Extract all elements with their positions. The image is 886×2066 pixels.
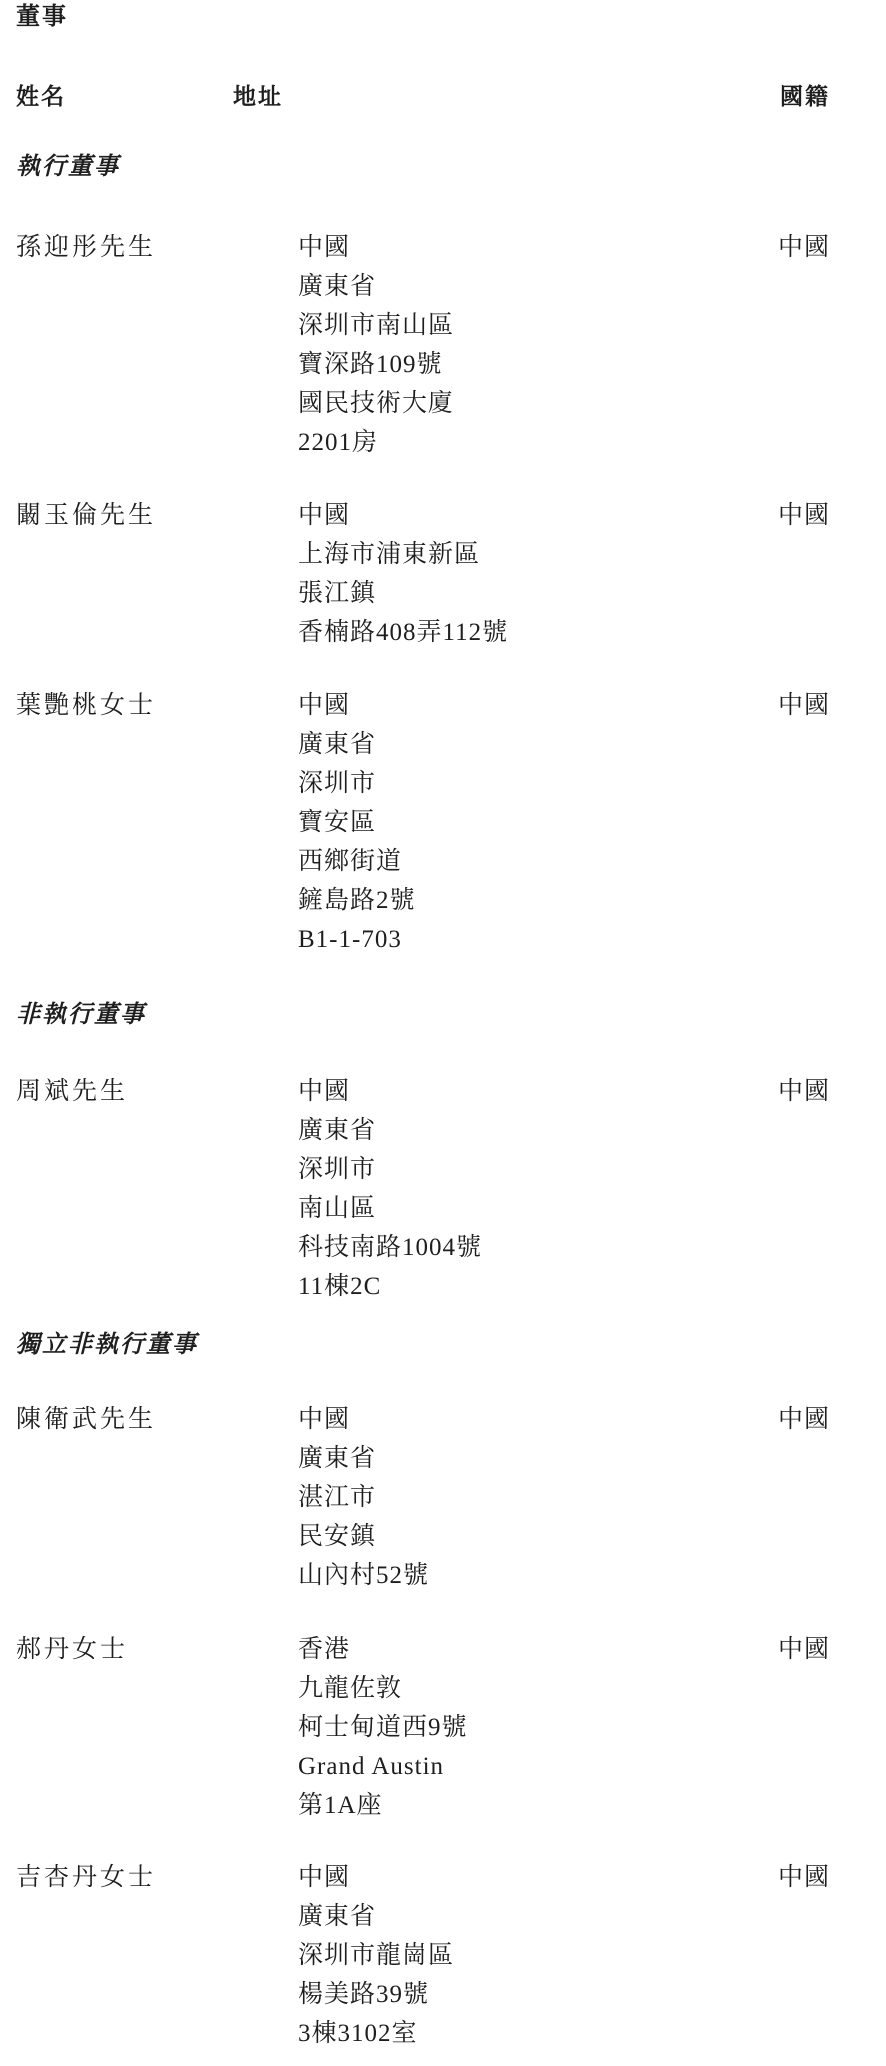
address-line: 九龍佐敦 xyxy=(298,1669,778,1708)
address-line: 香港 xyxy=(298,1630,778,1669)
address-line: 廣東省 xyxy=(298,267,778,306)
director-row: 葉艷桃女士 中國 廣東省 深圳市 寶安區 西鄉街道 鏟島路2號 B1-1-703… xyxy=(16,686,830,959)
address-line: 中國 xyxy=(298,228,778,267)
director-nationality: 中國 xyxy=(778,1400,830,1439)
address-line: 第1A座 xyxy=(298,1786,778,1825)
address-line: 寶深路109號 xyxy=(298,345,778,384)
director-name: 孫迎彤先生 xyxy=(16,228,298,267)
address-line: 西鄉街道 xyxy=(298,842,778,881)
header-nationality: 國籍 xyxy=(780,77,830,116)
director-nationality: 中國 xyxy=(778,228,830,267)
address-line: 11棟2C xyxy=(298,1267,778,1306)
section-heading-independent-non-executive-directors: 獨立非執行董事 xyxy=(16,1326,830,1365)
address-line: 深圳市 xyxy=(298,1150,778,1189)
director-nationality: 中國 xyxy=(778,1630,830,1669)
address-line: 張江鎮 xyxy=(298,574,778,613)
director-nationality: 中國 xyxy=(778,496,830,535)
director-name: 吉杏丹女士 xyxy=(16,1858,298,1897)
director-name: 郝丹女士 xyxy=(16,1630,298,1669)
director-name: 周斌先生 xyxy=(16,1072,298,1111)
address-line: 科技南路1004號 xyxy=(298,1228,778,1267)
address-line: 上海市浦東新區 xyxy=(298,535,778,574)
director-name: 陳衛武先生 xyxy=(16,1400,298,1439)
director-address: 中國 廣東省 湛江市 民安鎮 山內村52號 xyxy=(298,1400,778,1595)
page-title: 董事 xyxy=(16,2,830,32)
table-header-row: 姓名 地址 國籍 xyxy=(16,77,830,116)
address-line: 山內村52號 xyxy=(298,1556,778,1595)
address-line: 楊美路39號 xyxy=(298,1975,778,2014)
director-nationality: 中國 xyxy=(778,1858,830,1897)
address-line: 廣東省 xyxy=(298,1897,778,1936)
address-line: B1-1-703 xyxy=(298,920,778,959)
director-name: 葉艷桃女士 xyxy=(16,686,298,725)
director-address: 中國 廣東省 深圳市龍崗區 楊美路39號 3棟3102室 xyxy=(298,1858,778,2053)
document-page: 董事 姓名 地址 國籍 執行董事 孫迎彤先生 中國 廣東省 深圳市南山區 寶深路… xyxy=(0,0,886,2066)
address-line: 中國 xyxy=(298,686,778,725)
address-line: 廣東省 xyxy=(298,725,778,764)
director-row: 吉杏丹女士 中國 廣東省 深圳市龍崗區 楊美路39號 3棟3102室 中國 xyxy=(16,1858,830,2053)
director-row: 周斌先生 中國 廣東省 深圳市 南山區 科技南路1004號 11棟2C 中國 xyxy=(16,1072,830,1306)
address-line: 廣東省 xyxy=(298,1439,778,1478)
address-line: Grand Austin xyxy=(298,1747,778,1786)
address-line: 深圳市南山區 xyxy=(298,306,778,345)
header-name: 姓名 xyxy=(16,77,233,116)
director-address: 中國 廣東省 深圳市 寶安區 西鄉街道 鏟島路2號 B1-1-703 xyxy=(298,686,778,959)
director-row: 郝丹女士 香港 九龍佐敦 柯士甸道西9號 Grand Austin 第1A座 中… xyxy=(16,1630,830,1825)
address-line: 中國 xyxy=(298,496,778,535)
address-line: 中國 xyxy=(298,1072,778,1111)
address-line: 鏟島路2號 xyxy=(298,881,778,920)
director-address: 中國 廣東省 深圳市南山區 寶深路109號 國民技術大廈 2201房 xyxy=(298,228,778,462)
address-line: 寶安區 xyxy=(298,803,778,842)
address-line: 南山區 xyxy=(298,1189,778,1228)
address-line: 深圳市龍崗區 xyxy=(298,1936,778,1975)
director-address: 香港 九龍佐敦 柯士甸道西9號 Grand Austin 第1A座 xyxy=(298,1630,778,1825)
address-line: 3棟3102室 xyxy=(298,2014,778,2053)
address-line: 廣東省 xyxy=(298,1111,778,1150)
address-line: 柯士甸道西9號 xyxy=(298,1708,778,1747)
header-address: 地址 xyxy=(233,77,780,116)
address-line: 民安鎮 xyxy=(298,1517,778,1556)
director-row: 陳衛武先生 中國 廣東省 湛江市 民安鎮 山內村52號 中國 xyxy=(16,1400,830,1595)
address-line: 2201房 xyxy=(298,423,778,462)
director-name: 闞玉倫先生 xyxy=(16,496,298,535)
address-line: 中國 xyxy=(298,1400,778,1439)
address-line: 國民技術大廈 xyxy=(298,384,778,423)
director-row: 闞玉倫先生 中國 上海市浦東新區 張江鎮 香楠路408弄112號 中國 xyxy=(16,496,830,652)
address-line: 深圳市 xyxy=(298,764,778,803)
director-row: 孫迎彤先生 中國 廣東省 深圳市南山區 寶深路109號 國民技術大廈 2201房… xyxy=(16,228,830,462)
director-nationality: 中國 xyxy=(778,686,830,725)
address-line: 湛江市 xyxy=(298,1478,778,1517)
section-heading-executive-directors: 執行董事 xyxy=(16,148,830,187)
section-heading-non-executive-directors: 非執行董事 xyxy=(16,996,830,1035)
address-line: 香楠路408弄112號 xyxy=(298,613,778,652)
address-line: 中國 xyxy=(298,1858,778,1897)
director-address: 中國 廣東省 深圳市 南山區 科技南路1004號 11棟2C xyxy=(298,1072,778,1306)
director-nationality: 中國 xyxy=(778,1072,830,1111)
director-address: 中國 上海市浦東新區 張江鎮 香楠路408弄112號 xyxy=(298,496,778,652)
